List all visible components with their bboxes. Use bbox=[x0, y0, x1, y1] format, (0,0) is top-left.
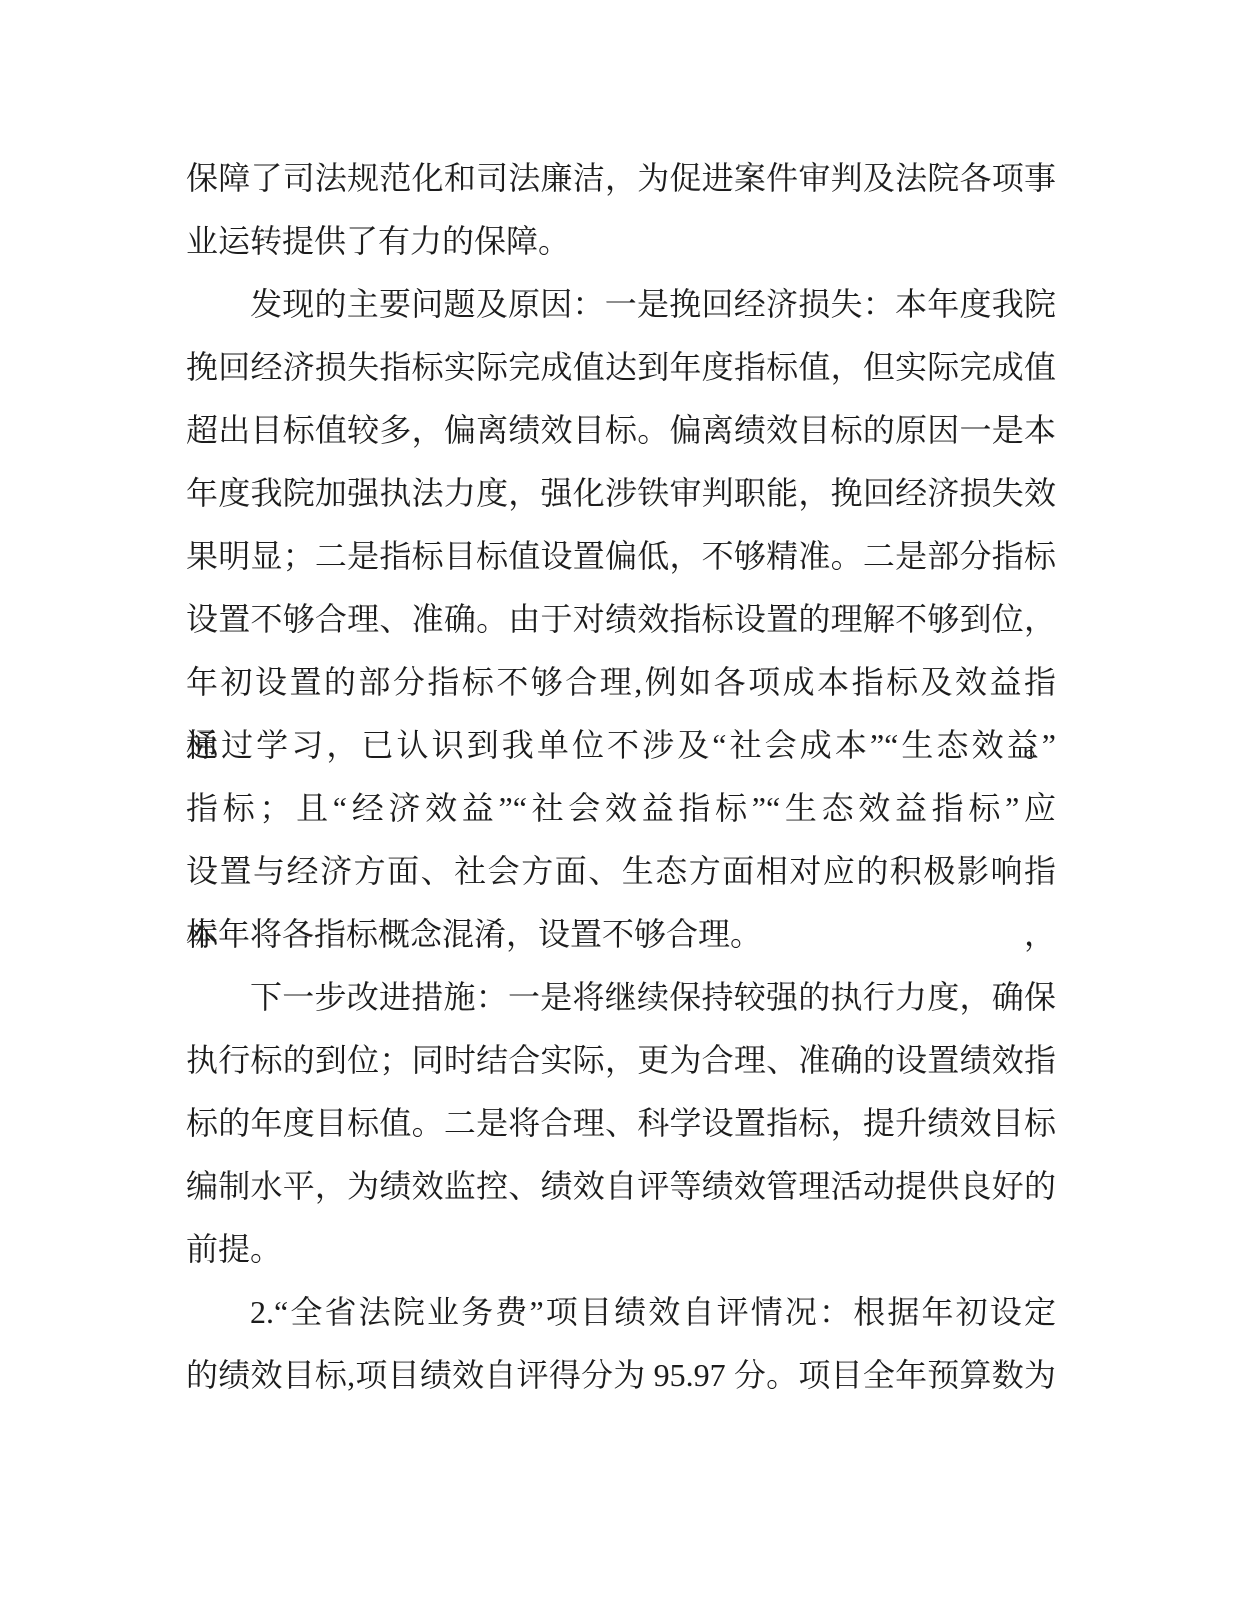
text-line: 通过学习，已认识到我单位不涉及“社会成本”“生态效益” bbox=[186, 714, 1056, 777]
text-line: 下一步改进措施：一是将继续保持较强的执行力度，确保 bbox=[186, 966, 1056, 1029]
text-line: 年度我院加强执法力度，强化涉铁审判职能，挽回经济损失效 bbox=[186, 462, 1056, 525]
text-line: 标的年度目标值。二是将合理、科学设置指标，提升绩效目标 bbox=[186, 1092, 1056, 1155]
text-line: 设置不够合理、准确。由于对绩效指标设置的理解不够到位， bbox=[186, 588, 1056, 651]
text-line: 的绩效目标,项目绩效自评得分为 95.97 分。项目全年预算数为 bbox=[186, 1344, 1056, 1407]
text-line: 挽回经济损失指标实际完成值达到年度指标值，但实际完成值 bbox=[186, 336, 1056, 399]
text-line: 发现的主要问题及原因：一是挽回经济损失：本年度我院 bbox=[186, 273, 1056, 336]
text-line: 果明显；二是指标目标值设置偏低，不够精准。二是部分指标 bbox=[186, 525, 1056, 588]
text-line: 2.“全省法院业务费”项目绩效自评情况：根据年初设定 bbox=[186, 1281, 1056, 1344]
document-body: 保障了司法规范化和司法廉洁，为促进案件审判及法院各项事 业运转提供了有力的保障。… bbox=[186, 147, 1056, 1407]
text-line: 前提。 bbox=[186, 1218, 1056, 1281]
text-line: 保障了司法规范化和司法廉洁，为促进案件审判及法院各项事 bbox=[186, 147, 1056, 210]
text-line: 超出目标值较多，偏离绩效目标。偏离绩效目标的原因一是本 bbox=[186, 399, 1056, 462]
text-line: 设置与经济方面、社会方面、生态方面相对应的积极影响指标， bbox=[186, 840, 1056, 903]
text-line: 指标；且“经济效益”“社会效益指标”“生态效益指标”应 bbox=[186, 777, 1056, 840]
text-line: 编制水平，为绩效监控、绩效自评等绩效管理活动提供良好的 bbox=[186, 1155, 1056, 1218]
document-page: 保障了司法规范化和司法廉洁，为促进案件审判及法院各项事 业运转提供了有力的保障。… bbox=[0, 0, 1236, 1600]
text-line: 业运转提供了有力的保障。 bbox=[186, 210, 1056, 273]
text-line: 年初设置的部分指标不够合理,例如各项成本指标及效益指标。 bbox=[186, 651, 1056, 714]
text-line: 执行标的到位；同时结合实际，更为合理、准确的设置绩效指 bbox=[186, 1029, 1056, 1092]
